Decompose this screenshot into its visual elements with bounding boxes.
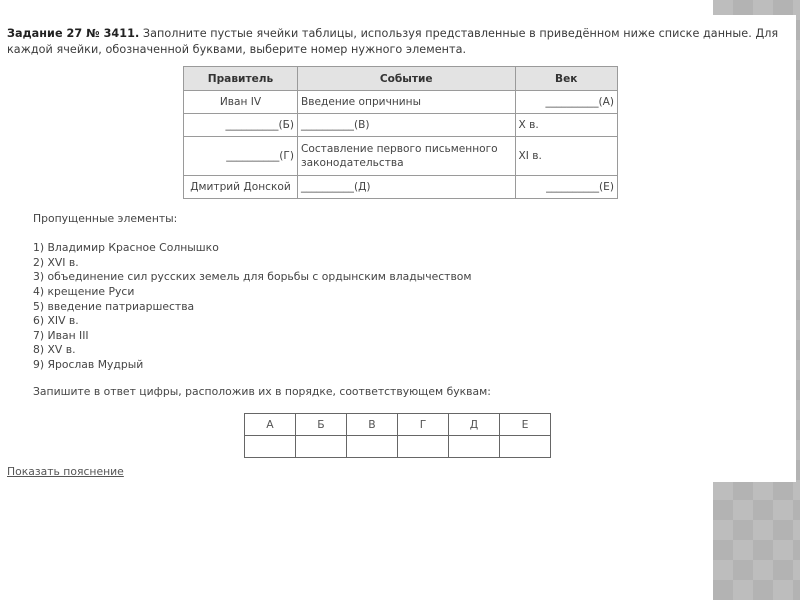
cell-ruler: __________(Г) (184, 137, 298, 176)
header-event: Событие (297, 67, 515, 91)
list-item: 6) XIV в. (33, 314, 472, 329)
cell-event: __________(Д) (297, 176, 515, 199)
answer-cell-b[interactable] (296, 436, 347, 458)
history-table: Правитель Событие Век Иван IV Введение о… (183, 66, 618, 199)
list-item: 7) Иван III (33, 329, 472, 344)
cell-event: __________(В) (297, 114, 515, 137)
cell-century: X в. (515, 114, 618, 137)
cell-century: __________(А) (515, 91, 618, 114)
header-ruler: Правитель (184, 67, 298, 91)
answer-letter: А (245, 414, 296, 436)
cell-ruler: Иван IV (184, 91, 298, 114)
show-explanation-link[interactable]: Показать пояснение (7, 465, 124, 478)
answer-letter: Е (500, 414, 551, 436)
task-header: Задание 27 № 3411. Заполните пустые ячей… (7, 26, 797, 58)
list-item: 8) XV в. (33, 343, 472, 358)
answer-cell-d[interactable] (449, 436, 500, 458)
answer-cell-g[interactable] (398, 436, 449, 458)
list-item: 9) Ярослав Мудрый (33, 358, 472, 373)
missing-elements: Пропущенные элементы: 1) Владимир Красно… (33, 212, 472, 373)
task-page: Задание 27 № 3411. Заполните пустые ячей… (0, 15, 796, 482)
list-item: 1) Владимир Красное Солнышко (33, 241, 472, 256)
answer-instruction: Запишите в ответ цифры, расположив их в … (33, 385, 491, 398)
answer-cell-e[interactable] (500, 436, 551, 458)
task-number: Задание 27 № 3411. (7, 27, 139, 40)
missing-elements-title: Пропущенные элементы: (33, 212, 472, 227)
table-header-row: Правитель Событие Век (184, 67, 618, 91)
table-row: Дмитрий Донской __________(Д) __________… (184, 176, 618, 199)
cell-ruler: Дмитрий Донской (184, 176, 298, 199)
table-row: __________(Б) __________(В) X в. (184, 114, 618, 137)
answer-cell-a[interactable] (245, 436, 296, 458)
table-row: __________(Г) Составление первого письме… (184, 137, 618, 176)
header-century: Век (515, 67, 618, 91)
answer-letter: Д (449, 414, 500, 436)
answer-values-row (245, 436, 551, 458)
answer-cell-v[interactable] (347, 436, 398, 458)
answer-letter: Б (296, 414, 347, 436)
table-row: Иван IV Введение опричнины __________(А) (184, 91, 618, 114)
answer-table: А Б В Г Д Е (244, 413, 551, 458)
cell-century: __________(Е) (515, 176, 618, 199)
answer-letters-row: А Б В Г Д Е (245, 414, 551, 436)
list-item: 3) объединение сил русских земель для бо… (33, 270, 472, 285)
list-item: 2) XVI в. (33, 256, 472, 271)
cell-event: Составление первого письменного законода… (297, 137, 515, 176)
cell-century: XI в. (515, 137, 618, 176)
cell-event: Введение опричнины (297, 91, 515, 114)
answer-letter: Г (398, 414, 449, 436)
list-item: 5) введение патриаршества (33, 300, 472, 315)
list-item: 4) крещение Руси (33, 285, 472, 300)
cell-ruler: __________(Б) (184, 114, 298, 137)
answer-letter: В (347, 414, 398, 436)
